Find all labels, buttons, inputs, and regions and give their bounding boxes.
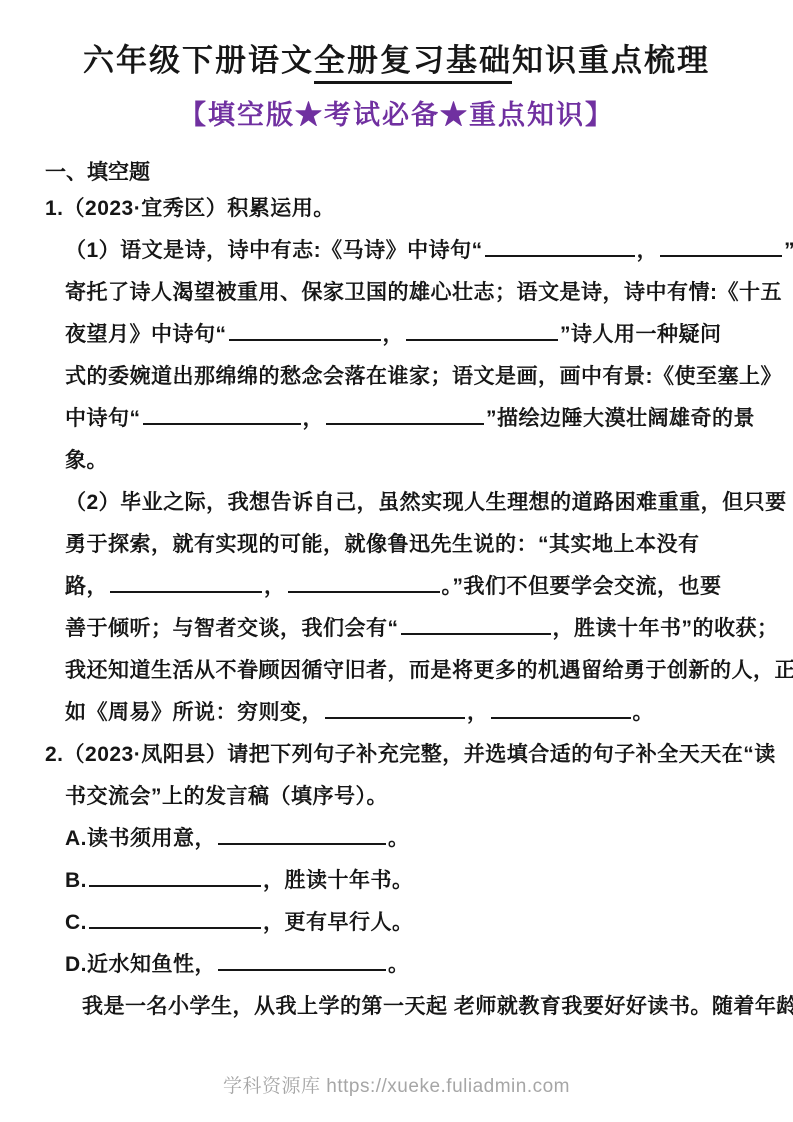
text-run: ，: [637, 239, 659, 262]
text-line: 式的委婉道出那绵绵的愁念会落在谁家；语文是画，画中有景:《使至塞上》: [0, 356, 793, 398]
text-run: 夜望月》中诗句“: [65, 323, 227, 346]
text-line: 我还知道生活从不眷顾因循守旧者，而是将更多的机遇留给勇于创新的人，正: [0, 650, 793, 692]
text-line: 我是一名小学生，从我上学的第一天起 老师就教育我要好好读书。随着年龄: [0, 986, 793, 1028]
text-line: 善于倾听；与智者交谈，我们会有“，胜读十年书”的收获；: [0, 608, 793, 650]
text-line: A.读书须用意，。: [0, 818, 793, 860]
text-line: 书交流会”上的发言稿（填序号）。: [0, 776, 793, 818]
text-run: 六年级下册语文: [83, 43, 314, 78]
text-run: ”描绘边陲大漠壮阔雄奇的景: [486, 407, 755, 430]
text-run: 我还知道生活从不眷顾因循守旧者，而是将更多的机遇留给勇于创新的人，正: [65, 659, 793, 682]
text-run: 知识重点梳理: [512, 43, 710, 78]
watermark-footer: 学科资源库 https://xueke.fuliadmin.com: [0, 1071, 793, 1098]
text-run: ”诗人用一种疑问: [560, 323, 722, 346]
question-body: 1.（2023·宜秀区）积累运用。（1）语文是诗，诗中有志:《马诗》中诗句“，”…: [0, 188, 793, 1028]
text-run: 1.（2023·宜秀区）积累运用。: [45, 197, 335, 220]
document-page: 六年级下册语文全册复习基础知识重点梳理 【填空版★考试必备★重点知识】 一、填空…: [0, 0, 793, 1122]
text-run: 。: [388, 953, 410, 976]
text-line: （1）语文是诗，诗中有志:《马诗》中诗句“，”: [0, 230, 793, 272]
text-line: D.近水知鱼性，。: [0, 944, 793, 986]
text-line: 象。: [0, 440, 793, 482]
text-line: 如《周易》所说：穷则变，，。: [0, 692, 793, 734]
text-run: 。: [388, 827, 410, 850]
text-run: 。: [633, 701, 655, 724]
text-line: B.，胜读十年书。: [0, 860, 793, 902]
text-run: 全册复习基础: [314, 43, 512, 84]
text-run: 中诗句“: [65, 407, 141, 430]
text-run: ，: [383, 323, 405, 346]
fill-in-blank: [89, 914, 261, 929]
text-run: ”: [784, 239, 793, 262]
text-run: 。”我们不但要学会交流，也要: [442, 575, 722, 598]
text-run: 寄托了诗人渴望被重用、保家卫国的雄心壮志；语文是诗，诗中有情:《十五: [65, 281, 782, 304]
text-run: 善于倾听；与智者交谈，我们会有“: [65, 617, 399, 640]
text-line: 路，，。”我们不但要学会交流，也要: [0, 566, 793, 608]
fill-in-blank: [485, 242, 635, 257]
text-line: 中诗句“，”描绘边陲大漠壮阔雄奇的景: [0, 398, 793, 440]
text-run: ，胜读十年书”的收获；: [553, 617, 779, 640]
fill-in-blank: [491, 704, 631, 719]
text-run: D.近水知鱼性，: [65, 953, 216, 976]
text-line: 夜望月》中诗句“，”诗人用一种疑问: [0, 314, 793, 356]
fill-in-blank: [325, 704, 465, 719]
fill-in-blank: [218, 830, 386, 845]
text-run: 书交流会”上的发言稿（填序号）。: [65, 785, 388, 808]
text-run: （2）毕业之际，我想告诉自己，虽然实现人生理想的道路困难重重，但只要: [65, 491, 787, 514]
text-run: B.: [65, 869, 87, 892]
text-run: 象。: [65, 449, 108, 472]
text-run: 如《周易》所说：穷则变，: [65, 701, 323, 724]
text-line: （2）毕业之际，我想告诉自己，虽然实现人生理想的道路困难重重，但只要: [0, 482, 793, 524]
text-line: C.，更有早行人。: [0, 902, 793, 944]
text-line: 勇于探索，就有实现的可能，就像鲁迅先生说的：“其实地上本没有: [0, 524, 793, 566]
fill-in-blank: [326, 410, 484, 425]
text-line: 寄托了诗人渴望被重用、保家卫国的雄心壮志；语文是诗，诗中有情:《十五: [0, 272, 793, 314]
fill-in-blank: [660, 242, 782, 257]
fill-in-blank: [110, 578, 262, 593]
text-run: 2.（2023·凤阳县）请把下列句子补充完整，并选填合适的句子补全天天在“读: [45, 743, 776, 766]
text-run: （1）语文是诗，诗中有志:《马诗》中诗句“: [65, 239, 483, 262]
text-line: 1.（2023·宜秀区）积累运用。: [0, 188, 793, 230]
page-subtitle: 【填空版★考试必备★重点知识】: [0, 93, 793, 132]
page-title: 六年级下册语文全册复习基础知识重点梳理: [0, 0, 793, 81]
text-run: ，: [264, 575, 286, 598]
fill-in-blank: [401, 620, 551, 635]
text-run: ，: [467, 701, 489, 724]
text-run: C.: [65, 911, 87, 934]
fill-in-blank: [229, 326, 381, 341]
text-run: 我是一名小学生，从我上学的第一天起 老师就教育我要好好读书。随着年龄: [82, 995, 793, 1018]
text-run: ，更有早行人。: [263, 911, 414, 934]
text-run: 路，: [65, 575, 108, 598]
text-run: A.读书须用意，: [65, 827, 216, 850]
fill-in-blank: [143, 410, 301, 425]
fill-in-blank: [406, 326, 558, 341]
section-heading-fill-in-blanks: 一、填空题: [45, 156, 793, 186]
fill-in-blank: [288, 578, 440, 593]
text-run: 勇于探索，就有实现的可能，就像鲁迅先生说的：“其实地上本没有: [65, 533, 700, 556]
text-run: 式的委婉道出那绵绵的愁念会落在谁家；语文是画，画中有景:《使至塞上》: [65, 365, 782, 388]
text-run: ，胜读十年书。: [263, 869, 414, 892]
text-line: 2.（2023·凤阳县）请把下列句子补充完整，并选填合适的句子补全天天在“读: [0, 734, 793, 776]
text-run: ，: [303, 407, 325, 430]
fill-in-blank: [89, 872, 261, 887]
fill-in-blank: [218, 956, 386, 971]
